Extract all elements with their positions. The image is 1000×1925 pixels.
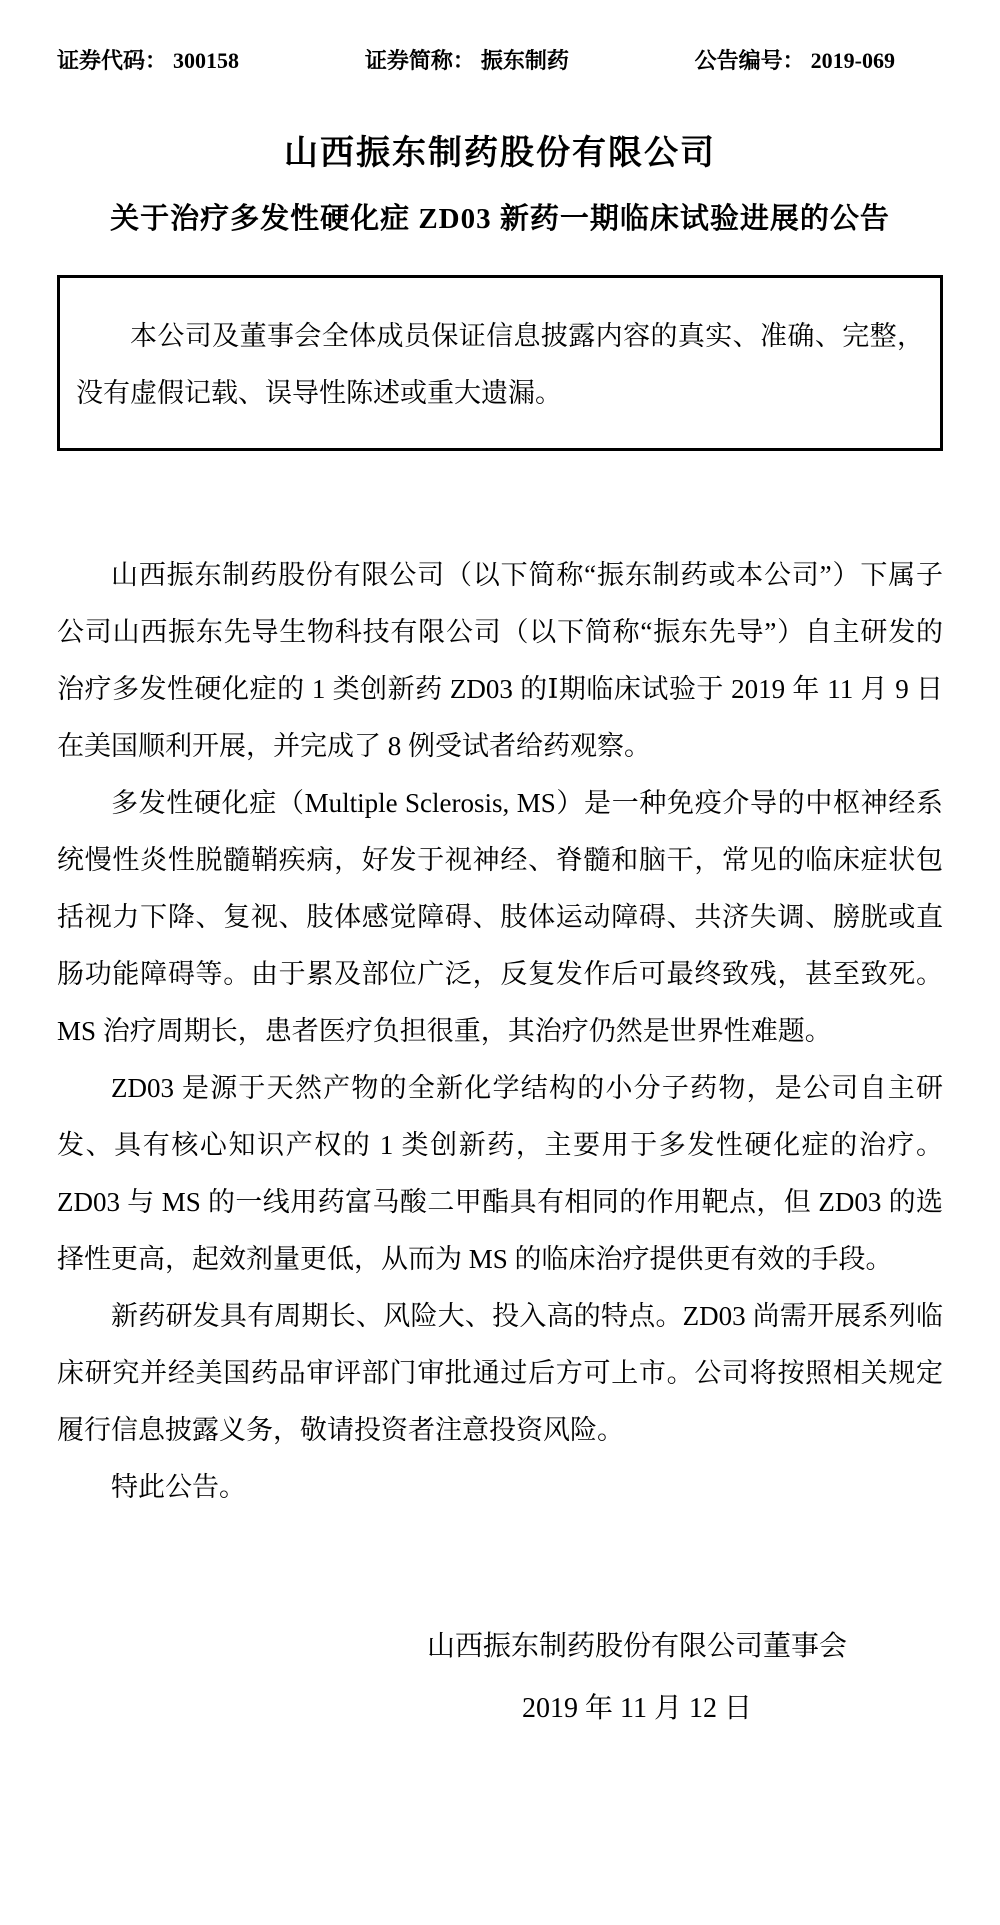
body-closing-line: 特此公告。 [57, 1459, 943, 1516]
announcement-page: 证券代码：300158 证券简称：振东制药 公告编号：2019-069 山西振东… [0, 0, 1000, 1925]
announcement-subject-title: 关于治疗多发性硬化症 ZD03 新药一期临床试验进展的公告 [57, 196, 943, 237]
announcement-number-label: 公告编号： [695, 48, 805, 73]
signature-block: 山西振东制药股份有限公司董事会 2019 年 11 月 12 日 [427, 1624, 847, 1726]
signature-area: 山西振东制药股份有限公司董事会 2019 年 11 月 12 日 [57, 1516, 943, 1726]
announcement-number-value: 2019-069 [805, 48, 895, 73]
board-signature: 山西振东制药股份有限公司董事会 [427, 1624, 847, 1664]
company-title: 山西振东制药股份有限公司 [57, 125, 943, 174]
stock-abbr-label: 证券简称： [365, 48, 475, 73]
body-paragraph-3: ZD03 是源于天然产物的全新化学结构的小分子药物，是公司自主研发、具有核心知识… [57, 1060, 943, 1288]
stock-abbr-item: 证券简称：振东制药 [365, 44, 569, 75]
body-paragraph-1: 山西振东制药股份有限公司（以下简称“振东制药或本公司”）下属子公司山西振东先导生… [57, 547, 943, 775]
stock-code-item: 证券代码：300158 [57, 44, 239, 75]
stock-code-label: 证券代码： [57, 48, 167, 73]
announcement-body: 山西振东制药股份有限公司（以下简称“振东制药或本公司”）下属子公司山西振东先导生… [57, 547, 943, 1516]
body-paragraph-4: 新药研发具有周期长、风险大、投入高的特点。ZD03 尚需开展系列临床研究并经美国… [57, 1288, 943, 1459]
announcement-number-item: 公告编号：2019-069 [695, 44, 895, 75]
disclaimer-box: 本公司及董事会全体成员保证信息披露内容的真实、准确、完整，没有虚假记载、误导性陈… [57, 275, 943, 451]
announcement-date: 2019 年 11 月 12 日 [427, 1686, 847, 1726]
disclaimer-text: 本公司及董事会全体成员保证信息披露内容的真实、准确、完整，没有虚假记载、误导性陈… [76, 308, 924, 422]
securities-info-header: 证券代码：300158 证券简称：振东制药 公告编号：2019-069 [57, 44, 943, 75]
stock-abbr-value: 振东制药 [475, 48, 569, 73]
stock-code-value: 300158 [167, 48, 239, 73]
body-paragraph-2: 多发性硬化症（Multiple Sclerosis, MS）是一种免疫介导的中枢… [57, 775, 943, 1060]
